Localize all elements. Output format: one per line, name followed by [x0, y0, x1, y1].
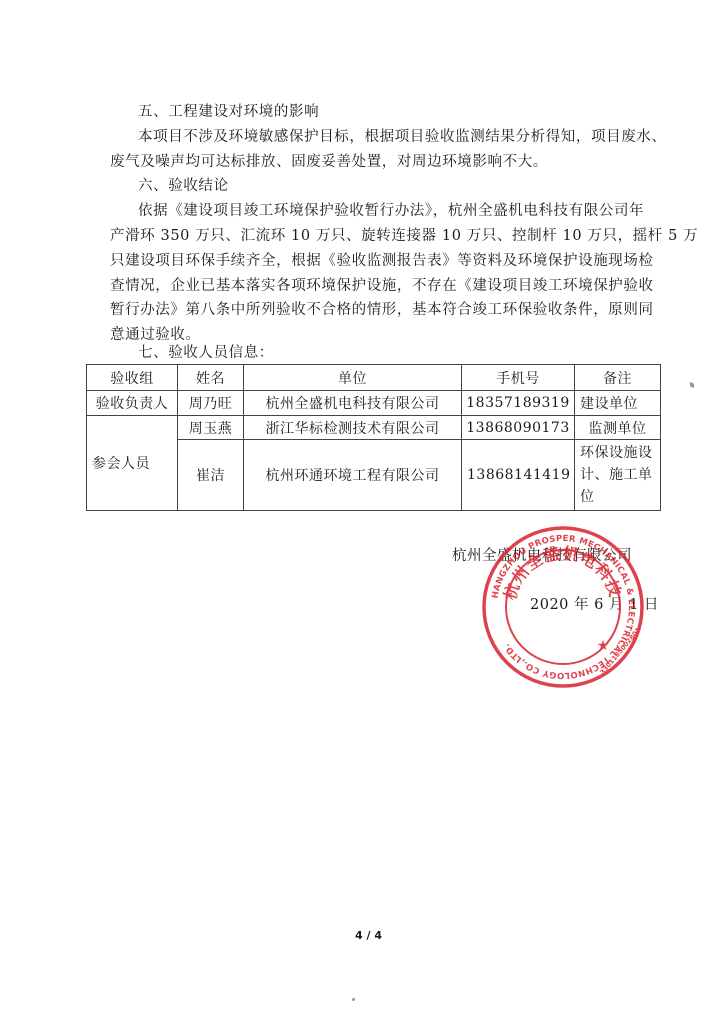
cell-group: 验收负责人 [87, 391, 178, 416]
cell-name: 周玉燕 [178, 416, 244, 440]
cell-group: 参会人员 [87, 416, 178, 511]
cell-phone: 13868090173 [462, 416, 575, 440]
section-5-paragraph-line-1: 本项目不涉及环境敏感保护目标，根据项目验收监测结果分析得知，项目废水、 [138, 127, 667, 147]
section-7-heading: 七、验收人员信息： [138, 343, 274, 363]
section-6-paragraph-line-3: 只建设项目环保手续齐全，根据《验收监测报告表》等资料及环境保护设施现场检 [110, 251, 654, 271]
header-phone: 手机号 [462, 365, 575, 391]
cell-note: 建设单位 [575, 391, 661, 416]
section-6-paragraph-line-6: 意通过验收。 [110, 325, 201, 345]
cell-note: 环保设施设计、施工单位 [575, 440, 661, 511]
header-group: 验收组 [87, 365, 178, 391]
section-6-paragraph-line-4: 查情况，企业已基本落实各项环境保护设施，不存在《建设项目竣工环境保护验收 [110, 276, 654, 296]
cell-phone: 13868141419 [462, 440, 575, 511]
document-page: 五、工程建设对环境的影响 本项目不涉及环境敏感保护目标，根据项目验收监测结果分析… [0, 0, 724, 1024]
page-number: 4 / 4 [355, 929, 382, 942]
header-note: 备注 [575, 365, 661, 391]
cell-phone: 18357189319 [462, 391, 575, 416]
table-row: 验收负责人 周乃旺 杭州全盛机电科技有限公司 18357189319 建设单位 [87, 391, 661, 416]
section-6-heading: 六、验收结论 [138, 176, 229, 196]
cell-name: 崔洁 [178, 440, 244, 511]
svg-text:★: ★ [597, 638, 610, 654]
header-unit: 单位 [244, 365, 462, 391]
cell-note: 监测单位 [575, 416, 661, 440]
scan-artifact [352, 998, 355, 1001]
cell-name: 周乃旺 [178, 391, 244, 416]
cell-unit: 杭州环通环境工程有限公司 [244, 440, 462, 511]
scan-artifact [689, 381, 695, 388]
section-6-paragraph-line-1: 依据《建设项目竣工环境保护验收暂行办法》，杭州全盛机电科技有限公司年 [138, 201, 644, 221]
cell-unit: 杭州全盛机电科技有限公司 [244, 391, 462, 416]
section-6-paragraph-line-2: 产滑环 350 万只、汇流环 10 万只、旋转连接器 10 万只、控制杆 10 … [110, 226, 698, 246]
section-6-paragraph-line-5: 暂行办法》第八条中所列验收不合格的情形，基本符合竣工环保验收条件，原则同 [110, 300, 654, 320]
table-row: 参会人员 周玉燕 浙江华标检测技术有限公司 13868090173 监测单位 [87, 416, 661, 440]
cell-unit: 浙江华标检测技术有限公司 [244, 416, 462, 440]
personnel-table: 验收组 姓名 单位 手机号 备注 验收负责人 周乃旺 杭州全盛机电科技有限公司 … [86, 364, 661, 511]
header-name: 姓名 [178, 365, 244, 391]
company-seal-stamp: HANGZHOU PROSPER MECHANICAL & ELECTRICAL… [481, 525, 645, 689]
table-header-row: 验收组 姓名 单位 手机号 备注 [87, 365, 661, 391]
section-5-heading: 五、工程建设对环境的影响 [138, 102, 319, 122]
section-5-paragraph-line-2: 废气及噪声均可达标排放、固废妥善处置，对周边环境影响不大。 [110, 152, 548, 172]
